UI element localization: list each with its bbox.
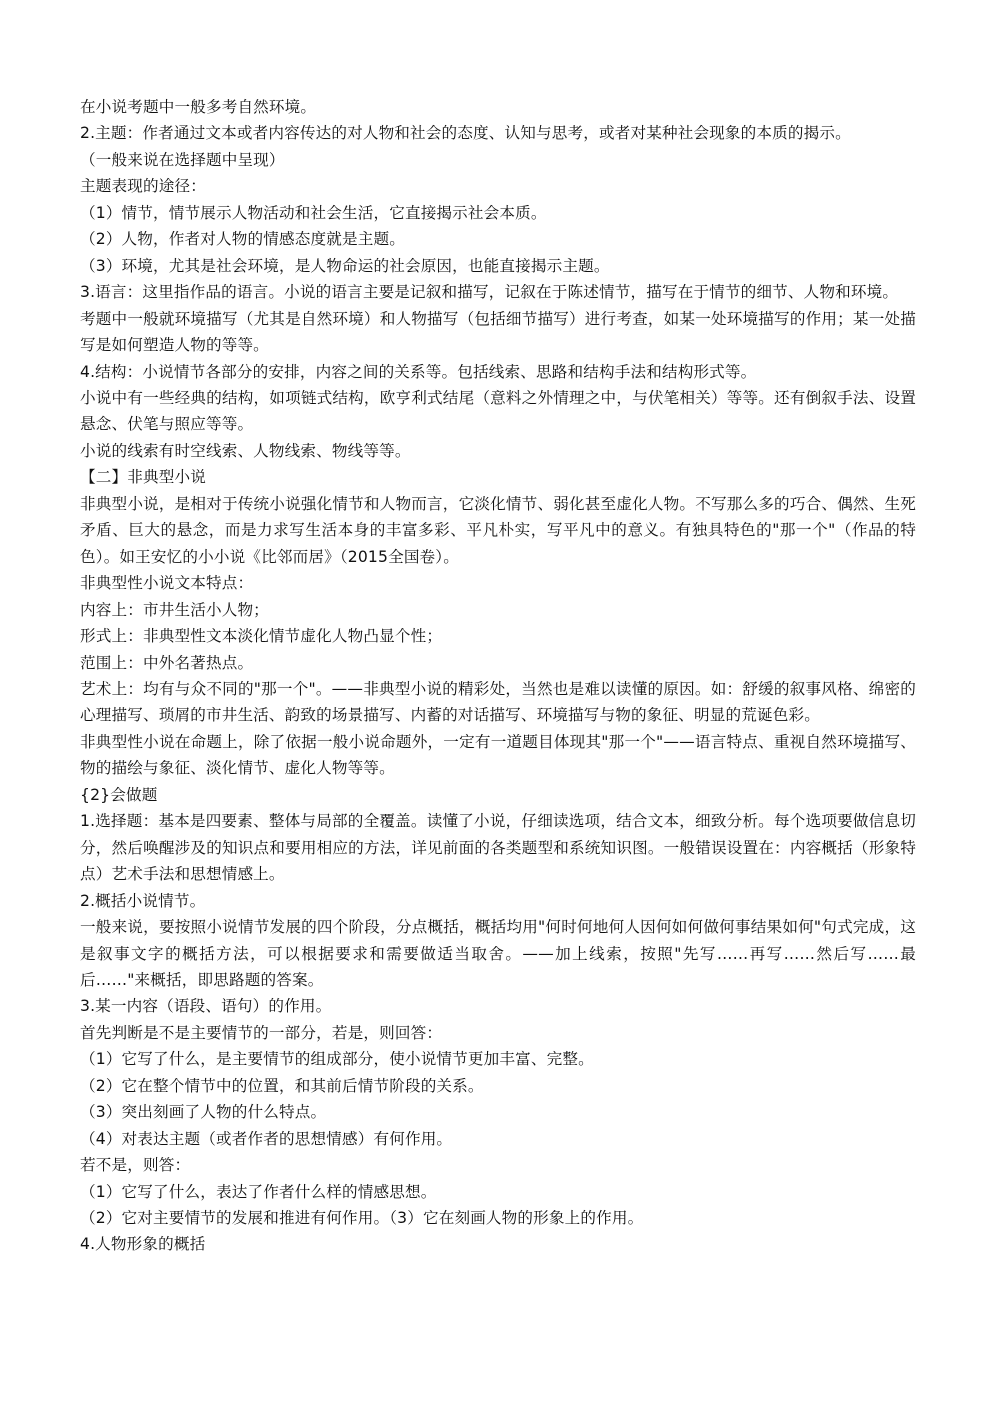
- list-item-character: （2）人物，作者对人物的情感态度就是主题。: [80, 226, 916, 252]
- paragraph-atypical-features-heading: 非典型性小说文本特点：: [80, 570, 916, 596]
- paragraph-feature-form: 形式上：非典型性文本淡化情节虚化人物凸显个性；: [80, 623, 916, 649]
- paragraph-theme-heading: 2.主题：作者通过文本或者内容传达的对人物和社会的态度、认知与思考，或者对某种社…: [80, 120, 916, 146]
- section-heading-solving: {2}会做题: [80, 782, 916, 808]
- paragraph-content-function-heading: 3.某一内容（语段、语句）的作用。: [80, 993, 916, 1019]
- paragraph-structure-classic: 小说中有一些经典的结构，如项链式结构，欧亨利式结尾（意料之外情理之中，与伏笔相关…: [80, 385, 916, 438]
- paragraph-judge-main-plot: 首先判断是不是主要情节的一部分，若是，则回答：: [80, 1020, 916, 1046]
- list-item-no-2-3: （2）它对主要情节的发展和推进有何作用。（3）它在刻画人物的形象上的作用。: [80, 1205, 916, 1231]
- paragraph-plot-summary-method: 一般来说，要按照小说情节发展的四个阶段，分点概括，概括均用"何时何地何人因何如何…: [80, 914, 916, 993]
- paragraph-clues: 小说的线索有时空线索、人物线索、物线等等。: [80, 438, 916, 464]
- paragraph-atypical-exam: 非典型性小说在命题上，除了依据一般小说命题外，一定有一道题目体现其"那一个"——…: [80, 729, 916, 782]
- paragraph-feature-art: 艺术上：均有与众不同的"那一个"。——非典型小说的精彩处，当然也是难以读懂的原因…: [80, 676, 916, 729]
- list-item-yes-1: （1）它写了什么，是主要情节的组成部分，使小说情节更加丰富、完整。: [80, 1046, 916, 1072]
- section-heading-atypical-novel: 【二】非典型小说: [80, 464, 916, 490]
- paragraph-language-exam: 考题中一般就环境描写（尤其是自然环境）和人物描写（包括细节描写）进行考查，如某一…: [80, 306, 916, 359]
- paragraph-language-heading: 3.语言：这里指作品的语言。小说的语言主要是记叙和描写，记叙在于陈述情节，描写在…: [80, 279, 916, 305]
- list-item-yes-2: （2）它在整个情节中的位置，和其前后情节阶段的关系。: [80, 1073, 916, 1099]
- document-page: 在小说考题中一般多考自然环境。 2.主题：作者通过文本或者内容传达的对人物和社会…: [80, 94, 916, 1258]
- list-item-yes-4: （4）对表达主题（或者作者的思想情感）有何作用。: [80, 1126, 916, 1152]
- paragraph-feature-scope: 范围上：中外名著热点。: [80, 650, 916, 676]
- paragraph-atypical-definition: 非典型小说，是相对于传统小说强化情节和人物而言，它淡化情节、弱化甚至虚化人物。不…: [80, 491, 916, 570]
- paragraph-multiple-choice: 1.选择题：基本是四要素、整体与局部的全覆盖。读懂了小说，仔细读选项，结合文本，…: [80, 808, 916, 887]
- paragraph-structure-heading: 4.结构：小说情节各部分的安排，内容之间的关系等。包括线索、思路和结构手法和结构…: [80, 359, 916, 385]
- paragraph-plot-summary-heading: 2.概括小说情节。: [80, 888, 916, 914]
- paragraph-exam-nature: 在小说考题中一般多考自然环境。: [80, 94, 916, 120]
- paragraph-theme-ways: 主题表现的途径：: [80, 173, 916, 199]
- paragraph-feature-content: 内容上：市井生活小人物；: [80, 597, 916, 623]
- list-item-yes-3: （3）突出刻画了人物的什么特点。: [80, 1099, 916, 1125]
- list-item-plot: （1）情节，情节展示人物活动和社会生活，它直接揭示社会本质。: [80, 200, 916, 226]
- paragraph-if-not: 若不是，则答：: [80, 1152, 916, 1178]
- list-item-environment: （3）环境，尤其是社会环境，是人物命运的社会原因，也能直接揭示主题。: [80, 253, 916, 279]
- paragraph-theme-note: （一般来说在选择题中呈现）: [80, 147, 916, 173]
- list-item-no-1: （1）它写了什么，表达了作者什么样的情感思想。: [80, 1179, 916, 1205]
- paragraph-character-summary-heading: 4.人物形象的概括: [80, 1231, 916, 1257]
